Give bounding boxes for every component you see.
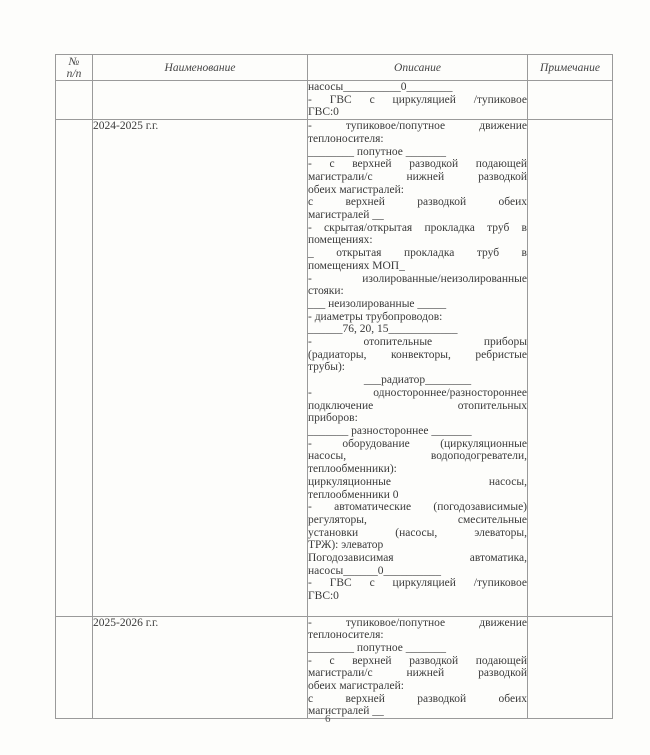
description-line: помещениях: <box>308 234 527 247</box>
description-line: стояки: <box>308 285 527 298</box>
description-line: теплообменники): <box>308 463 527 476</box>
header-name: Наименование <box>93 55 308 81</box>
description-line: ______76, 20, 15____________ <box>308 323 527 336</box>
header-description: Описание <box>308 55 528 81</box>
row-note-cell <box>528 120 613 616</box>
description-line: магистрали/с нижней разводкой <box>308 171 527 184</box>
description-line: ___ неизолированные _____ <box>308 298 527 311</box>
description-line: _______ разностороннее _______ <box>308 425 527 438</box>
description-line: обеих магистралей: <box>308 680 527 693</box>
row-description-cell: - тупиковое/попутное движениетеплоносите… <box>308 616 528 719</box>
description-line: с верхней разводкой обеих <box>308 693 527 706</box>
description-line: - изолированные/неизолированные <box>308 273 527 286</box>
description-line: приборов: <box>308 412 527 425</box>
description-line <box>308 603 527 616</box>
description-line: - ГВС с циркуляцией /тупиковое <box>308 577 527 590</box>
description-line: насосы__________0________ <box>308 81 527 94</box>
header-note: Примечание <box>528 55 613 81</box>
description-line: - с верхней разводкой подающей <box>308 655 527 668</box>
description-line: с верхней разводкой обеих <box>308 196 527 209</box>
row-number-cell <box>56 81 93 120</box>
description-line: - с верхней разводкой подающей <box>308 158 527 171</box>
description-line: теплоносителя: <box>308 133 527 146</box>
description-line: насосы______0__________ <box>308 565 527 578</box>
heating-system-table: № п/п Наименование Описание Примечание н… <box>55 54 613 719</box>
page-number: 6 <box>325 713 331 725</box>
row-number-cell <box>56 616 93 719</box>
row-name-cell <box>93 81 308 120</box>
description-line: - автоматические (погодозависимые) <box>308 501 527 514</box>
row-description-cell: - тупиковое/попутное движениетеплоносите… <box>308 120 528 616</box>
description-line: циркуляционные насосы, <box>308 476 527 489</box>
description-line: ГВС:0 <box>308 590 527 603</box>
description-line: насосы, водоподогреватели, <box>308 450 527 463</box>
table-row: насосы__________0________- ГВС с циркуля… <box>56 81 613 120</box>
description-line: - ГВС с циркуляцией /тупиковое <box>308 94 527 107</box>
row-name-cell: 2025-2026 г.г. <box>93 616 308 719</box>
row-description-cell: насосы__________0________- ГВС с циркуля… <box>308 81 528 120</box>
description-line: ________ попутное _______ <box>308 642 527 655</box>
description-line: - оборудование (циркуляционные <box>308 438 527 451</box>
description-line: - одностороннее/разностороннее <box>308 387 527 400</box>
description-line: Погодозависимая автоматика, <box>308 552 527 565</box>
description-line: ________ попутное _______ <box>308 146 527 159</box>
description-line: помещениях МОП_ <box>308 260 527 273</box>
description-line: - скрытая/открытая прокладка труб в <box>308 222 527 235</box>
description-line: трубы): <box>308 361 527 374</box>
description-line: магистралей __ <box>308 209 527 222</box>
description-line: магистралей __ <box>308 705 527 718</box>
row-note-cell <box>528 616 613 719</box>
row-number-cell <box>56 120 93 616</box>
header-number: № п/п <box>56 55 93 81</box>
description-line: - отопительные приборы <box>308 336 527 349</box>
description-line: ___радиатор________ <box>308 374 527 387</box>
description-line: _ открытая прокладка труб в <box>308 247 527 260</box>
description-line: ТРЖ): элеватор <box>308 539 527 552</box>
description-line: теплоносителя: <box>308 629 527 642</box>
description-line: (радиаторы, конвекторы, ребристые <box>308 349 527 362</box>
row-note-cell <box>528 81 613 120</box>
description-line: подключение отопительных <box>308 400 527 413</box>
description-line: ГВС:0 <box>308 106 527 119</box>
description-line: - диаметры трубопроводов: <box>308 311 527 324</box>
row-name-cell: 2024-2025 г.г. <box>93 120 308 616</box>
table-row: 2025-2026 г.г.- тупиковое/попутное движе… <box>56 616 613 719</box>
description-line: теплообменники 0 <box>308 489 527 502</box>
description-line: магистрали/с нижней разводкой <box>308 667 527 680</box>
description-line: установки (насосы, элеваторы, <box>308 527 527 540</box>
description-line: - тупиковое/попутное движение <box>308 617 527 630</box>
table-row: 2024-2025 г.г.- тупиковое/попутное движе… <box>56 120 613 616</box>
description-line: - тупиковое/попутное движение <box>308 120 527 133</box>
table-header-row: № п/п Наименование Описание Примечание <box>56 55 613 81</box>
description-line: регуляторы, смесительные <box>308 514 527 527</box>
description-line: обеих магистралей: <box>308 184 527 197</box>
